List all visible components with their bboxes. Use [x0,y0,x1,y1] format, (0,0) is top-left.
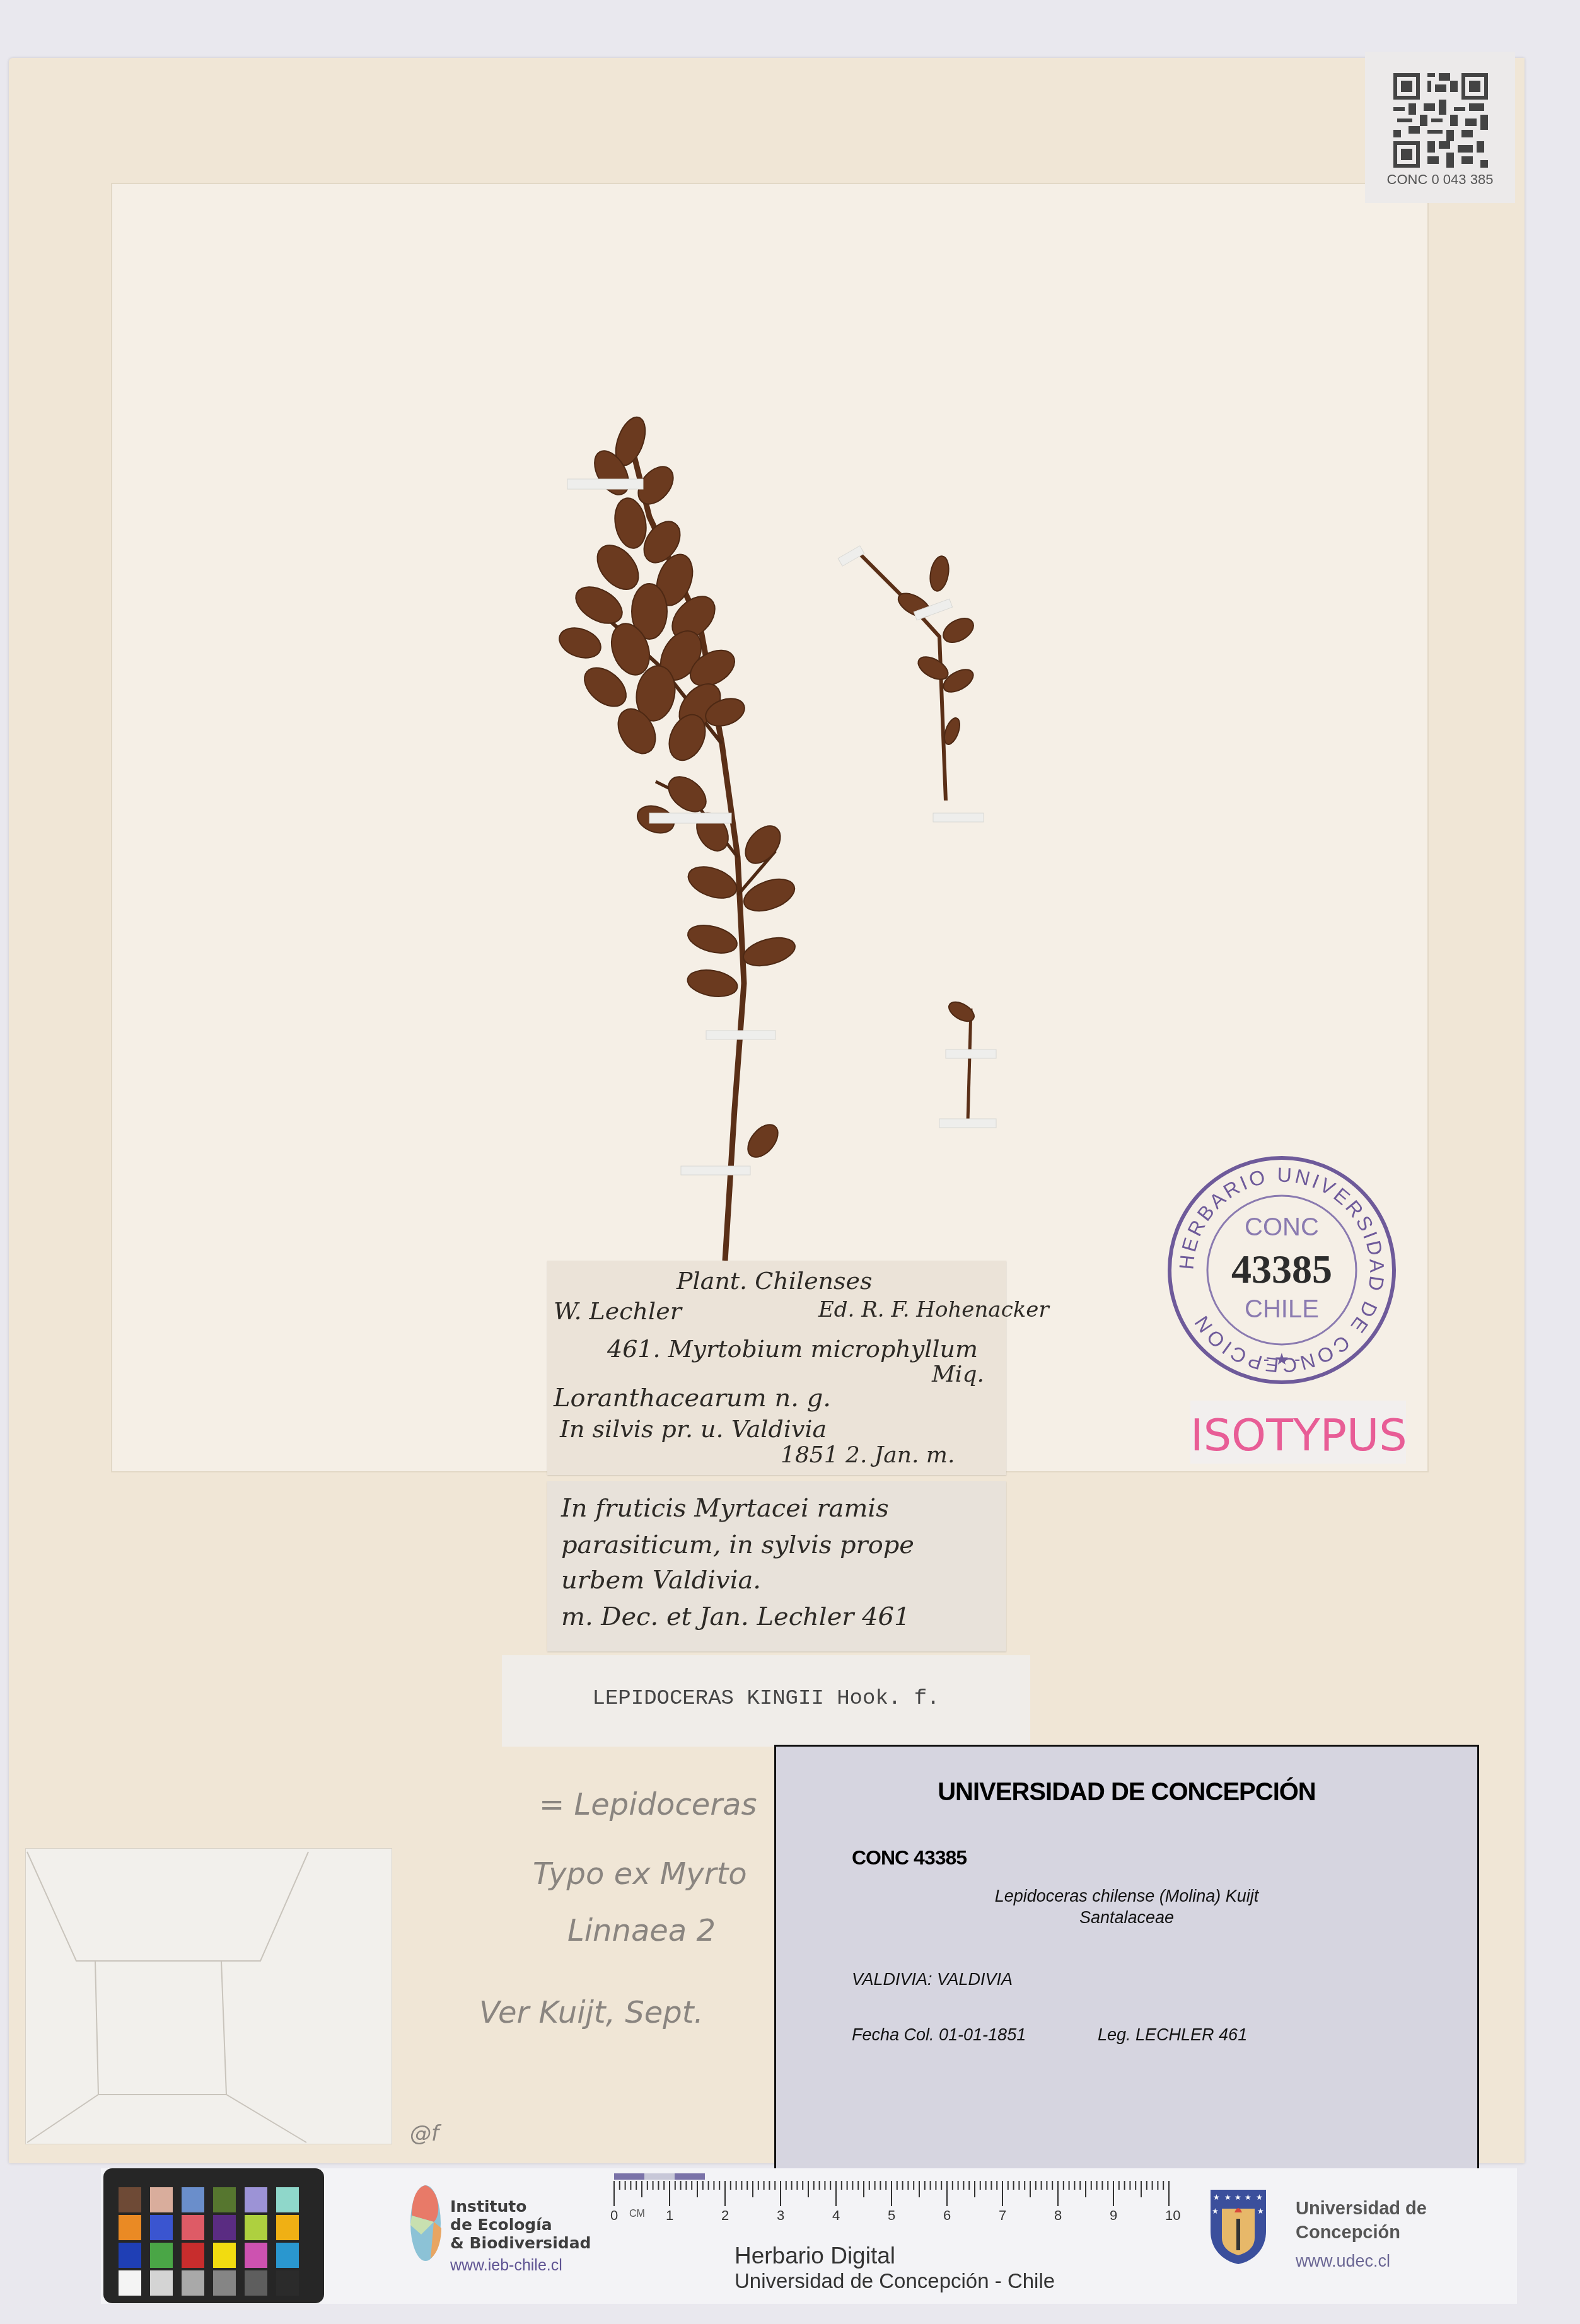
ruler-tick-label: 10 [1165,2207,1180,2224]
pencil-note: = Lepidoceras [539,1787,757,1822]
pencil-note: Ver Kuijt, Sept. [479,1995,704,2030]
color-swatch [276,2270,299,2296]
ruler-tick-label: 8 [1054,2207,1062,2224]
svg-text:★: ★ [1234,2193,1241,2202]
determination-label: LEPIDOCERAS KINGII Hook. f. [502,1655,1030,1747]
pencil-note: Linnaea 2 [567,1913,716,1948]
type-status-text: ISOTYPUS [1190,1409,1406,1461]
color-swatch [182,2215,204,2240]
ruler-tick-label: 0 [610,2207,618,2224]
ruler-tick-label: 4 [832,2207,840,2224]
svg-text:★: ★ [1212,2207,1219,2216]
ruler-unit-label: CM [629,2209,645,2220]
color-swatch [150,2215,173,2240]
color-swatch [119,2270,141,2296]
ruler-tick-label: 9 [1110,2207,1117,2224]
ieb-logo-icon [409,2184,443,2263]
ieb-url-link[interactable]: www.ieb-chile.cl [450,2257,562,2275]
color-swatch [119,2243,141,2268]
svg-text:★: ★ [1224,2193,1231,2202]
label-line: Miq. [932,1361,984,1387]
color-swatch [119,2215,141,2240]
label-line: Loranthacearum n. g. [554,1384,831,1413]
plant-specimen [504,416,1072,1261]
ruler-tick-label: 7 [999,2207,1006,2224]
scale-ruler: 012345678910CM [605,2168,1198,2238]
original-collection-label: Plant. Chilenses W. Lechler Ed. R. F. Ho… [547,1261,1006,1475]
svg-text:★: ★ [1256,2193,1263,2202]
udec-shield-icon: ★★★★★ ★★ [1208,2187,1269,2265]
label-line: In silvis pr. u. Valdivia [560,1415,827,1443]
svg-text:★: ★ [1213,2193,1220,2202]
color-swatch [150,2187,173,2212]
institution-name: UNIVERSIDAD DE CONCEPCIÓN [776,1778,1477,1807]
herbarium-stamp: HERBARIO UNIVERSIDAD DE CONCEPCION CONC … [1165,1153,1398,1387]
type-status-label: ISOTYPUS [1190,1401,1406,1464]
family-name: Santalaceae [776,1908,1477,1928]
color-swatch [213,2215,236,2240]
color-swatch [213,2187,236,2212]
determination-text: LEPIDOCERAS KINGII Hook. f. [502,1687,1030,1711]
color-swatch [150,2243,173,2268]
label-line: parasiticum, in sylvis prope [561,1530,914,1559]
color-calibration-card [103,2168,324,2303]
label-line: Plant. Chilenses [677,1267,873,1295]
color-swatch [182,2243,204,2268]
habitat-label: In fruticis Myrtacei ramis parasiticum, … [547,1481,1006,1651]
fragment-envelope[interactable] [25,1848,392,2144]
ruler-tick-label: 5 [888,2207,895,2224]
ieb-name-line1: Instituto [450,2197,526,2216]
pencil-corner-mark: @f [410,2121,439,2146]
qr-code-icon [1393,73,1488,168]
color-swatch [276,2215,299,2240]
catalog-number: CONC 43385 [852,1846,967,1870]
color-swatch [150,2270,173,2296]
stamp-number: 43385 [1231,1247,1332,1292]
label-line: 461. Myrtobium microphyllum [607,1335,978,1363]
color-swatch [276,2187,299,2212]
color-swatch [245,2215,267,2240]
color-swatch [213,2243,236,2268]
svg-text:★: ★ [1245,2193,1252,2202]
udec-url-link[interactable]: www.udec.cl [1296,2252,1390,2271]
udec-name-line1: Universidad de [1296,2199,1427,2219]
ruler-tick-label: 6 [943,2207,951,2224]
color-swatch [182,2187,204,2212]
color-swatch [245,2187,267,2212]
scientific-name: Lepidoceras chilense (Molina) Kuijt [776,1887,1477,1906]
qr-label: CONC 0 043 385 [1365,52,1515,203]
collection-date: Fecha Col. 01-01-1851 [852,2025,1026,2045]
color-swatch [245,2243,267,2268]
pencil-note: Typo ex Myrto [533,1856,747,1892]
stamp-bottom-text: CHILE [1245,1295,1319,1323]
stamp-top-text: CONC [1245,1213,1319,1241]
ruler-tick-label: 3 [777,2207,784,2224]
collector: Leg. LECHLER 461 [1098,2025,1247,2045]
locality: VALDIVIA: VALDIVIA [852,1970,1013,1989]
label-line: urbem Valdivia. [561,1566,761,1595]
color-swatch [213,2270,236,2296]
label-line: W. Lechler [554,1297,682,1325]
star-icon: - ★ - [1263,1350,1301,1369]
color-swatch [245,2270,267,2296]
color-swatch [182,2270,204,2296]
database-label: UNIVERSIDAD DE CONCEPCIÓN CONC 43385 Lep… [774,1745,1479,2176]
label-line: 1851 2. Jan. m. [781,1442,955,1468]
udec-name-line2: Concepción [1296,2223,1400,2243]
envelope-icon [26,1849,392,2144]
ruler-tick-label: 2 [721,2207,729,2224]
ieb-name-line3: & Biodiversidad [450,2234,591,2252]
label-line: m. Dec. et Jan. Lechler 461 [561,1602,910,1631]
herbario-digital-title: Herbario Digital [735,2243,895,2269]
ieb-name-line2: de Ecología [450,2216,552,2234]
color-swatch [119,2187,141,2212]
label-line: Ed. R. F. Hohenacker [818,1297,1049,1322]
catalog-barcode-text: CONC 0 043 385 [1365,171,1515,188]
label-line: In fruticis Myrtacei ramis [561,1494,889,1523]
herbario-digital-subtitle: Universidad de Concepción - Chile [735,2269,1055,2293]
ruler-tick-label: 1 [666,2207,673,2224]
svg-text:★: ★ [1257,2207,1264,2216]
color-swatch [276,2243,299,2268]
